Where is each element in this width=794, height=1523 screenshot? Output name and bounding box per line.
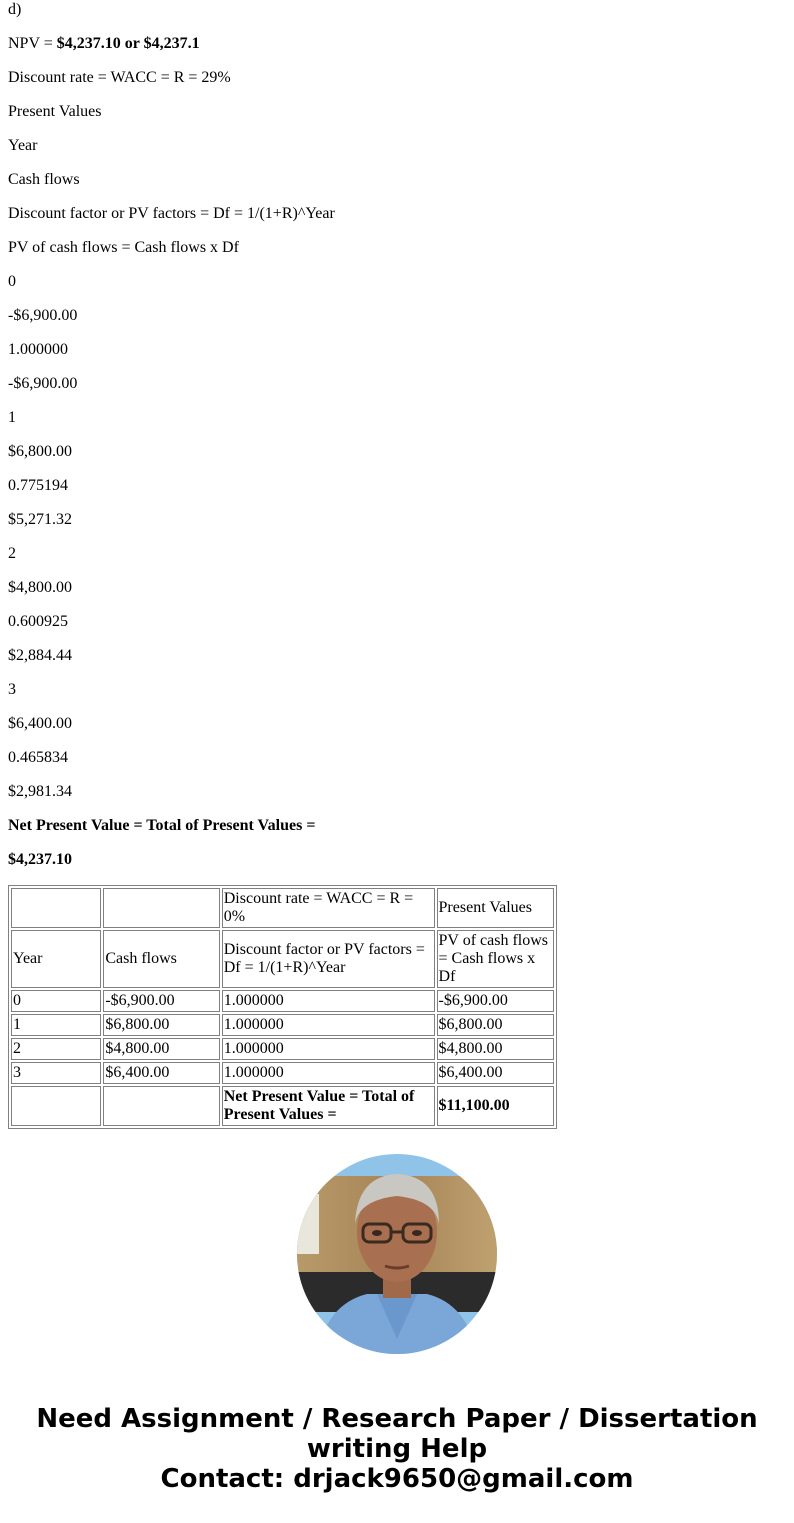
flat-df: 0.465834: [8, 749, 786, 767]
year-header: Year: [11, 930, 101, 988]
table-header-row: Discount rate = WACC = R = 0% Present Va…: [11, 888, 554, 928]
discount-rate-line: Discount rate = WACC = R = 29%: [8, 69, 786, 87]
table-row: 1 $6,800.00 1.000000 $6,800.00: [11, 1014, 554, 1036]
pv-cash-flows-heading: PV of cash flows = Cash flows x Df: [8, 239, 786, 257]
year-cell: 1: [11, 1014, 101, 1036]
pv-cell: $6,400.00: [437, 1062, 554, 1084]
flat-pv: $2,884.44: [8, 647, 786, 665]
table-cell: [11, 888, 101, 928]
author-photo-icon: [297, 1154, 497, 1354]
flat-df: 0.775194: [8, 477, 786, 495]
table-total-row: Net Present Value = Total of Present Val…: [11, 1086, 554, 1126]
table-row: 3 $6,400.00 1.000000 $6,400.00: [11, 1062, 554, 1084]
flat-npv-label: Net Present Value = Total of Present Val…: [8, 817, 786, 835]
flat-year: 3: [8, 681, 786, 699]
flat-pv: $2,981.34: [8, 783, 786, 801]
flat-year: 1: [8, 409, 786, 427]
flat-cash-flow: $6,800.00: [8, 443, 786, 461]
npv-table: Discount rate = WACC = R = 0% Present Va…: [8, 885, 557, 1129]
pv-cell: $6,800.00: [437, 1014, 554, 1036]
npv-value: $4,237.10 or $4,237.1: [57, 35, 200, 52]
cash-flow-cell: $6,800.00: [103, 1014, 219, 1036]
df-cell: 1.000000: [222, 1038, 435, 1060]
flat-cash-flow: $4,800.00: [8, 579, 786, 597]
year-cell: 0: [11, 990, 101, 1012]
df-cell: 1.000000: [222, 1062, 435, 1084]
flat-year: 2: [8, 545, 786, 563]
flat-df: 0.600925: [8, 613, 786, 631]
table-header-row: Year Cash flows Discount factor or PV fa…: [11, 930, 554, 988]
flat-cash-flow: $6,400.00: [8, 715, 786, 733]
flat-npv-value: $4,237.10: [8, 851, 786, 869]
cash-flows-header: Cash flows: [103, 930, 219, 988]
cash-flows-heading: Cash flows: [8, 171, 786, 189]
promo-line: Need Assignment / Research Paper / Disse…: [0, 1404, 794, 1434]
discount-factor-heading: Discount factor or PV factors = Df = 1/(…: [8, 205, 786, 223]
promo-line: writing Help: [0, 1434, 794, 1464]
solution-document: d) NPV = $4,237.10 or $4,237.1 Discount …: [0, 1, 794, 1129]
cash-flow-cell: -$6,900.00: [103, 990, 219, 1012]
discount-factor-header: Discount factor or PV factors = Df = 1/(…: [222, 930, 435, 988]
flat-pv: -$6,900.00: [8, 375, 786, 393]
pv-cell: $4,800.00: [437, 1038, 554, 1060]
table-cell: [11, 1086, 101, 1126]
npv-label: NPV =: [8, 35, 57, 52]
flat-cash-flow: -$6,900.00: [8, 307, 786, 325]
cash-flow-cell: $4,800.00: [103, 1038, 219, 1060]
year-cell: 2: [11, 1038, 101, 1060]
pv-cell: -$6,900.00: [437, 990, 554, 1012]
present-values-heading: Present Values: [8, 103, 786, 121]
author-avatar: [297, 1154, 497, 1354]
promo-banner: Need Assignment / Research Paper / Disse…: [0, 1404, 794, 1494]
table-row: 0 -$6,900.00 1.000000 -$6,900.00: [11, 990, 554, 1012]
df-cell: 1.000000: [222, 990, 435, 1012]
df-cell: 1.000000: [222, 1014, 435, 1036]
npv-total-value: $11,100.00: [437, 1086, 554, 1126]
part-label: d): [8, 1, 786, 19]
pv-cash-flows-header: PV of cash flows = Cash flows x Df: [437, 930, 554, 988]
present-values-header: Present Values: [437, 888, 554, 928]
year-cell: 3: [11, 1062, 101, 1084]
table-row: 2 $4,800.00 1.000000 $4,800.00: [11, 1038, 554, 1060]
promo-contact: Contact: drjack9650@gmail.com: [0, 1464, 794, 1494]
discount-rate-cell: Discount rate = WACC = R = 0%: [222, 888, 435, 928]
npv-line: NPV = $4,237.10 or $4,237.1: [8, 35, 786, 53]
cash-flow-cell: $6,400.00: [103, 1062, 219, 1084]
table-cell: [103, 1086, 219, 1126]
flat-df: 1.000000: [8, 341, 786, 359]
flat-pv: $5,271.32: [8, 511, 786, 529]
year-heading: Year: [8, 137, 786, 155]
npv-total-label: Net Present Value = Total of Present Val…: [222, 1086, 435, 1126]
flat-year: 0: [8, 273, 786, 291]
table-cell: [103, 888, 219, 928]
